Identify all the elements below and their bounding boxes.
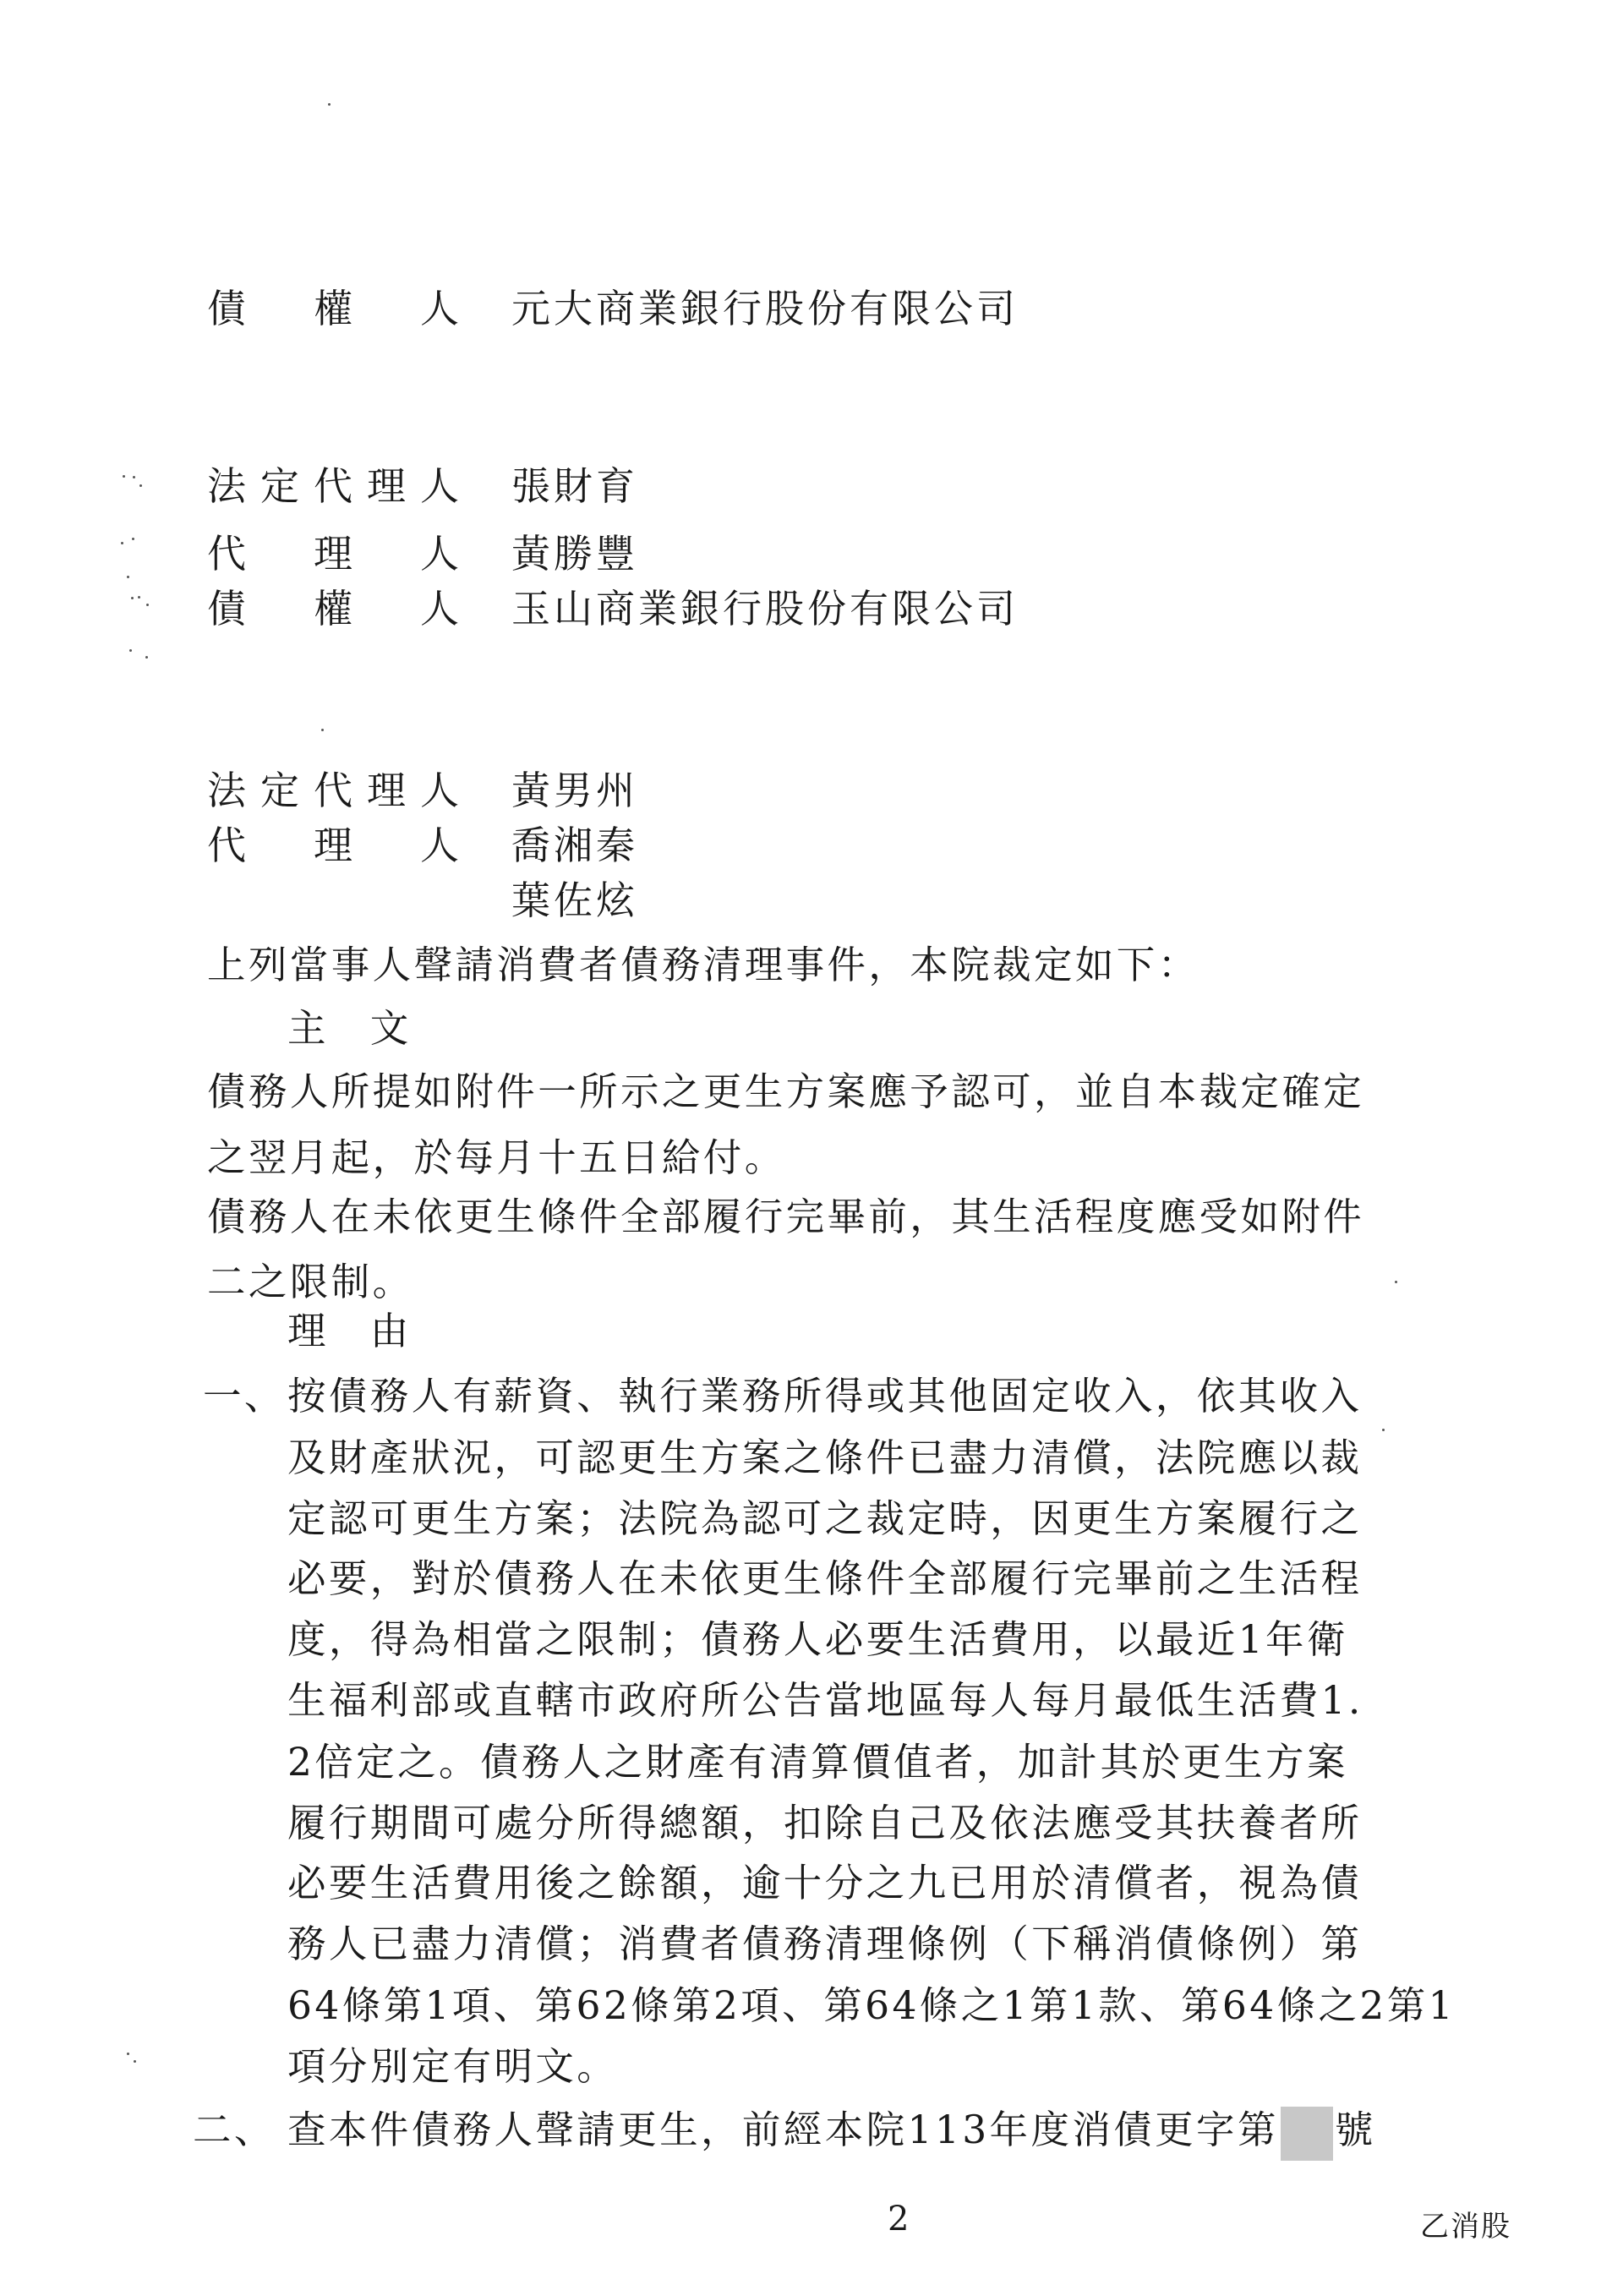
reason-one-line: 度，得為相當之限制；債務人必要生活費用，以最近1年衛 — [287, 1615, 1348, 1665]
party-agent-2b: 葉佐炫 — [207, 875, 638, 926]
party-name: 張財育 — [511, 461, 638, 511]
main-text-line: 債務人在未依更生條件全部履行完畢前，其生活程度應受如附件 — [207, 1192, 1364, 1243]
intro-text: 上列當事人聲請消費者債務清理事件，本院裁定如下： — [207, 940, 1199, 991]
main-text-line: 二之限制。 — [207, 1257, 414, 1308]
scan-speck — [138, 596, 140, 599]
main-heading: 主 文 — [287, 1003, 412, 1054]
scan-speck — [133, 476, 135, 478]
scan-speck — [139, 484, 142, 487]
scan-speck — [127, 576, 129, 578]
party-creditor-1: 債權人 元大商業銀行股份有限公司 — [207, 283, 1019, 334]
party-name: 元大商業銀行股份有限公司 — [511, 283, 1019, 334]
court-unit-label: 乙消股 — [1420, 2208, 1511, 2245]
reason-heading: 理 由 — [287, 1306, 412, 1357]
party-role: 債權人 — [207, 283, 461, 334]
main-text-line: 之翌月起，於每月十五日給付。 — [207, 1133, 786, 1184]
reason-one-marker: 一、 — [203, 1371, 286, 1422]
scan-speck — [121, 542, 123, 544]
party-role: 法定代理人 — [207, 461, 461, 511]
reason-two-text: 查本件債務人聲請更生，前經本院113年度消債更字第 — [287, 2107, 1279, 2152]
reason-one-line: 64條第1項、第62條第2項、第64條之1第1款、第64條之2第1 — [287, 1981, 1456, 2031]
scan-speck — [131, 597, 134, 599]
reason-two-marker: 二、 — [193, 2105, 276, 2156]
party-role — [207, 875, 461, 926]
reason-two-line: 查本件債務人聲請更生，前經本院113年度消債更字第號 — [287, 2105, 1376, 2161]
party-name: 玉山商業銀行股份有限公司 — [511, 583, 1019, 634]
party-role: 代理人 — [207, 528, 461, 579]
party-name: 黃男州 — [511, 765, 638, 816]
scan-speck — [145, 656, 148, 659]
scan-speck — [132, 538, 134, 540]
party-legal-rep-1: 法定代理人 張財育 — [207, 461, 638, 511]
party-name: 喬湘秦 — [511, 820, 638, 871]
party-creditor-2: 債權人 玉山商業銀行股份有限公司 — [207, 583, 1019, 634]
party-agent-1: 代理人 黃勝豐 — [207, 528, 638, 579]
reason-one-line: 定認可更生方案；法院為認可之裁定時，因更生方案履行之 — [287, 1494, 1362, 1544]
redacted-case-number — [1281, 2107, 1333, 2161]
scan-speck — [134, 2060, 136, 2063]
scan-speck — [127, 2053, 129, 2055]
party-role: 債權人 — [207, 583, 461, 634]
reason-one-line: 必要生活費用後之餘額，逾十分之九已用於清償者，視為債 — [287, 1858, 1362, 1909]
scan-speck — [129, 649, 132, 652]
scan-speck — [1395, 1281, 1397, 1283]
scan-speck — [321, 729, 324, 731]
party-legal-rep-2: 法定代理人 黃男州 — [207, 765, 638, 816]
reason-one-line: 履行期間可處分所得總額，扣除自己及依法應受其扶養者所 — [287, 1798, 1362, 1849]
party-role: 法定代理人 — [207, 765, 461, 816]
party-agent-2: 代理人 喬湘秦 — [207, 820, 638, 871]
page-number: 2 — [888, 2198, 909, 2240]
reason-one-line: 按債務人有薪資、執行業務所得或其他固定收入，依其收入 — [287, 1371, 1362, 1422]
scan-speck — [328, 103, 331, 106]
main-text-line: 債務人所提如附件一所示之更生方案應予認可，並自本裁定確定 — [207, 1067, 1364, 1118]
scan-speck — [1382, 1429, 1385, 1431]
reason-one-line: 必要，對於債務人在未依更生條件全部履行完畢前之生活程 — [287, 1554, 1362, 1604]
reason-one-line: 及財產狀況，可認更生方案之條件已盡力清償，法院應以裁 — [287, 1433, 1362, 1484]
party-name: 黃勝豐 — [511, 528, 638, 579]
party-name: 葉佐炫 — [511, 875, 638, 926]
scan-speck — [146, 604, 149, 606]
party-role: 代理人 — [207, 820, 461, 871]
reason-one-line: 2倍定之。債務人之財產有清算價值者，加計其於更生方案 — [287, 1737, 1348, 1788]
reason-one-line: 項分別定有明文。 — [287, 2042, 618, 2092]
reason-one-line: 生福利部或直轄市政府所公告當地區每人每月最低生活費1. — [287, 1676, 1363, 1726]
scan-speck — [123, 475, 125, 478]
reason-one-line: 務人已盡力清償；消費者債務清理條例（下稱消債條例）第 — [287, 1919, 1362, 1970]
document-page: 債權人 元大商業銀行股份有限公司 法定代理人 張財育 代理人 黃勝豐 債權人 玉… — [0, 0, 1623, 2296]
reason-two-suffix: 號 — [1335, 2107, 1376, 2152]
